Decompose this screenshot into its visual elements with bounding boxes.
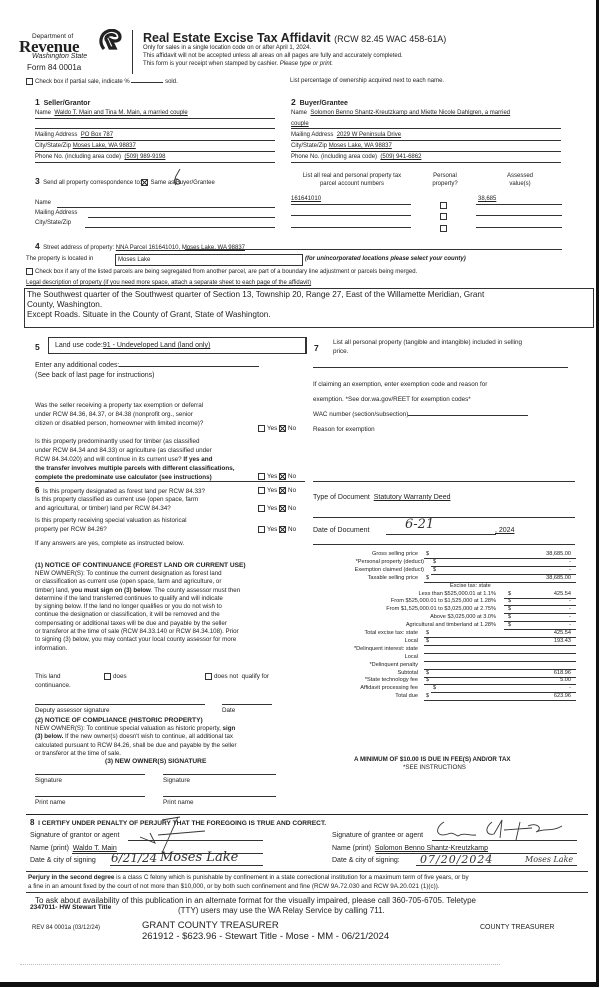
yes-label: Yes <box>267 425 277 432</box>
corr-name-label: Name <box>35 200 51 206</box>
assessed-col-line1: Assessed <box>507 173 533 179</box>
q-exemption-answer: Yes No <box>258 425 296 432</box>
dollar-sign: $ <box>508 598 511 604</box>
tax-row-underline <box>431 566 576 567</box>
grantor-date-handwritten: 6/21/24 <box>111 851 157 865</box>
buyer-name-label: Name <box>291 110 307 116</box>
tax-row-amount[interactable]: - <box>569 685 571 691</box>
seller-mailing-value[interactable]: PO Box 787 <box>81 132 113 138</box>
grantee-date-label: Date & city of signing: <box>332 857 400 864</box>
tax-row-amount[interactable]: 5.00 <box>560 677 571 683</box>
yes-label: Yes <box>267 487 277 494</box>
see-instructions: *SEE INSTRUCTIONS <box>403 764 466 771</box>
signature-label-1: Signature <box>35 777 62 784</box>
perjury-bold: Perjury in the second degree <box>28 874 114 881</box>
notice1-line: determine if the land transferred contin… <box>35 595 240 603</box>
dollar-sign: $ <box>426 551 429 557</box>
grantee-sig-label: Signature of grantee or agent <box>332 832 423 839</box>
section-4-number: 4 <box>35 241 40 251</box>
segregated-row: Check box if any of the listed parcels a… <box>26 268 417 275</box>
form-number: Form 84 0001a <box>27 63 81 72</box>
tax-row-amount[interactable]: 193.43 <box>554 638 571 644</box>
q-timber-text: Is this property predominantly used for … <box>35 437 234 482</box>
doc-date-year: , 2024 <box>495 527 514 534</box>
notice2-line: calculated pursuant to RCW 84.26, shall … <box>35 742 237 750</box>
q-current-use-yes-checkbox[interactable] <box>258 505 265 512</box>
corr-mailing-label: Mailing Address <box>35 210 77 216</box>
notice1-line: NEW OWNER(S): To continue the current de… <box>35 570 240 578</box>
owner-print-2-input[interactable] <box>163 796 276 797</box>
q-timber-answer: Yes No <box>258 473 296 480</box>
seller-name-underline <box>35 118 275 119</box>
grantee-city-handwritten: Moses Lake <box>525 855 573 864</box>
q-exemption-text: Was the seller receiving a property tax … <box>35 401 203 428</box>
q-historic-line2: property per RCW 84.26? <box>35 525 187 534</box>
if-yes-note: If any answers are yes, complete as inst… <box>35 540 184 547</box>
assessed-underline <box>476 227 562 228</box>
section-5-number: 5 <box>35 342 40 352</box>
partial-sale-label: Check box if partial sale, indicate % <box>35 79 130 85</box>
land-use-label: Land use code: <box>55 342 103 349</box>
exemption-line2: exemption. *See dor.wa.gov/REET for exem… <box>313 396 471 403</box>
perjury-divider <box>26 871 588 872</box>
notice1-line: by signing below. If the land no longer … <box>35 603 240 611</box>
segregated-checkbox[interactable] <box>26 268 33 275</box>
agency-state: Washington State <box>32 53 87 60</box>
buyer-city-label: City/State/Zip <box>291 143 327 149</box>
seller-city-label: City/State/Zip <box>35 143 71 149</box>
q-exemption-no-checkbox[interactable] <box>279 425 286 432</box>
does-not-checkbox[interactable] <box>205 673 212 680</box>
form-revision: REV 84 0001a (03/12/24) <box>32 925 100 931</box>
section-1-number: 1 <box>35 97 40 107</box>
q-timber-line2: under RCW 84.34 and 84.33) or agricultur… <box>35 446 234 455</box>
notice3-heading: (3) NEW OWNER(S) SIGNATURE <box>105 758 206 765</box>
buyer-phone-value[interactable]: (509) 941-6862 <box>380 154 421 160</box>
section-8-number: 8 <box>30 818 34 827</box>
buyer-phone-label: Phone No. (including area code) <box>291 154 377 160</box>
tax-row-label: Above $3,025,000 at 3.0% <box>430 614 496 620</box>
q-forest-answer: Yes No <box>258 487 296 494</box>
tax-row-label: From $1,525,000.01 to $3,025,000 at 2.75… <box>386 606 496 612</box>
land-use-value[interactable]: 91 - Undeveloped Land (land only) <box>103 342 210 349</box>
dollar-sign: $ <box>426 638 429 644</box>
no-label: No <box>288 505 296 512</box>
buyer-mailing-label: Mailing Address <box>291 132 333 138</box>
q-historic-text: Is this property receiving special valua… <box>35 516 187 534</box>
grantor-city-handwritten: Moses Lake <box>160 850 238 865</box>
header-note-1: Only for sales in a single location code… <box>143 45 311 51</box>
alt-format-divider <box>26 892 588 893</box>
legal-description-textarea[interactable]: The Southwest quarter of the Southwest q… <box>24 288 594 328</box>
partial-sale-row: Check box if partial sale, indicate % so… <box>26 78 178 85</box>
buyer-phone-underline <box>291 162 561 163</box>
q-timber-line3b: If yes and <box>183 456 212 463</box>
seller-city-row: City/State/Zip Moses Lake, WA 98837 <box>35 143 136 149</box>
tax-row-label: *Personal property (deduct) <box>356 559 424 565</box>
alt-format-line2: (TTY) users may use the WA Relay Service… <box>178 906 385 915</box>
additional-codes-input[interactable] <box>119 366 259 367</box>
same-as-buyer-checkbox[interactable] <box>141 179 148 186</box>
dollar-sign: $ <box>426 630 429 636</box>
seller-heading: 1 Seller/Grantor <box>35 97 90 107</box>
notice2-line: (3) below. If the new owner(s) doesn't w… <box>35 733 237 741</box>
notice2-body: NEW OWNER(S): To continue special valuat… <box>35 725 237 758</box>
partial-sale-checkbox[interactable] <box>26 78 33 85</box>
tax-row-amount[interactable]: - <box>569 606 571 612</box>
assessed-underline <box>476 204 562 205</box>
seller-phone-label: Phone No. (including area code) <box>35 154 121 160</box>
parcel-col1-line1: List all real and personal property tax <box>303 173 401 179</box>
dollar-sign: $ <box>426 677 429 683</box>
personal-col-line1: Personal <box>433 173 457 179</box>
located-hint: (for unincorporated locations please sel… <box>305 256 466 262</box>
dollar-sign: $ <box>508 591 511 597</box>
tax-row-underline <box>424 677 576 678</box>
tax-row-label: Gross selling price <box>372 551 418 557</box>
buyer-mailing-value[interactable]: 2029 W Peninsula Drive <box>337 132 401 138</box>
qualify-for-label: qualify for <box>242 673 269 680</box>
assessed-value[interactable]: 38,685 <box>478 196 496 202</box>
buyer-name-underline <box>291 128 561 129</box>
header-note-2: This affidavit will not be accepted unle… <box>143 53 403 59</box>
assessed-col-header: Assessedvalue(s) <box>480 172 560 188</box>
notice2-line: or transferor at the time of sale. <box>35 750 237 758</box>
q-forest-label: Is this property designated as forest la… <box>43 488 205 495</box>
doc-date-divider <box>313 544 575 545</box>
owner-signature-1-input[interactable] <box>35 774 145 775</box>
q-exemption-line1: Was the seller receiving a property tax … <box>35 401 203 410</box>
section-7-number: 7 <box>314 343 319 353</box>
notice1-body: NEW OWNER(S): To continue the current de… <box>35 570 240 653</box>
additional-codes-row: Enter any additional codes: <box>35 362 259 369</box>
grantor-date-input[interactable] <box>110 865 263 866</box>
notice1-heading: (1) NOTICE OF CONTINUANCE (FOREST LAND O… <box>35 562 246 569</box>
does-checkbox[interactable] <box>104 673 111 680</box>
deputy-date-label: Date <box>222 707 235 714</box>
affidavit-page: Department of Revenue Washington State F… <box>0 0 599 987</box>
wac-row: WAC number (section/subsection) <box>313 411 528 418</box>
located-label: The property is located in <box>26 256 93 262</box>
deputy-date-input[interactable] <box>222 704 272 705</box>
partial-sale-percent-input[interactable] <box>131 82 163 83</box>
dollar-sign: $ <box>426 575 429 581</box>
tax-row-amount[interactable]: - <box>569 567 571 573</box>
grantee-date-handwritten: 07/20/2024 <box>420 853 493 866</box>
notice1-line: compensating or additional taxes will be… <box>35 620 240 628</box>
owner-signature-2-input[interactable] <box>163 774 276 775</box>
tax-row-label: Subtotal <box>397 670 418 676</box>
dollar-sign: $ <box>433 685 436 691</box>
q-forest-yes-checkbox[interactable] <box>258 487 265 494</box>
dollar-sign: $ <box>433 559 436 565</box>
personal-property-input[interactable] <box>313 367 568 368</box>
q-current-use-text: Is this property classified as current u… <box>35 495 198 513</box>
section-5-divider <box>35 481 305 482</box>
yes-label: Yes <box>267 505 277 512</box>
correspondence-label: Send all property correspondence to: <box>43 180 141 186</box>
tax-row-amount[interactable]: 38,685.00 <box>546 551 571 557</box>
q-historic-answer: Yes No <box>258 526 296 533</box>
personal-property-text: List all personal property (tangible and… <box>333 338 522 356</box>
section-8-divider <box>26 814 588 815</box>
tax-row-label: From $525,000.01 to $1,525,000 at 1.28% <box>391 598 496 604</box>
q-timber-line3a: RCW 84.34.020) and will continue in its … <box>35 456 182 463</box>
dollar-sign: $ <box>508 622 511 628</box>
perjury-rest: is a class C felony which is punishable … <box>114 874 468 881</box>
additional-codes-hint: (See back of last page for instructions) <box>35 372 154 379</box>
doc-date-input[interactable] <box>386 534 496 535</box>
buyer-mailing-underline <box>291 140 561 141</box>
legal-label: Legal description of property (if you ne… <box>26 280 311 286</box>
tax-row-label: Affidavit processing fee <box>360 685 418 691</box>
q-forest-text: 6 Is this property designated as forest … <box>35 486 205 495</box>
note3-italic: Please type or print. <box>280 61 333 67</box>
parcel-underline <box>291 227 411 228</box>
section-6-number: 6 <box>35 486 39 495</box>
q-timber-line1: Is this property predominantly used for … <box>35 437 234 446</box>
notice1-line: continue the designation or classificati… <box>35 611 240 619</box>
parcel-underline <box>291 204 411 205</box>
dollar-sign: $ <box>433 567 436 573</box>
seller-mailing-row: Mailing Address PO Box 787 <box>35 132 113 138</box>
grantee-signature-scribble <box>432 818 572 844</box>
reason-label: Reason for exemption <box>313 426 375 433</box>
ownership-note: List percentage of ownership acquired ne… <box>290 78 444 84</box>
section-5-box-end <box>296 337 307 354</box>
seller-name-line2 <box>35 128 275 129</box>
does-not-label: does not <box>214 673 238 680</box>
tax-row-amount[interactable]: - <box>569 614 571 620</box>
tax-row-underline <box>424 558 576 559</box>
seller-phone-row: Phone No. (including area code) (509) 98… <box>35 154 165 160</box>
grantee-name-label: Name (print) <box>332 845 371 852</box>
q-current-use-no-checkbox[interactable] <box>279 505 286 512</box>
notice1-line: information. <box>35 645 240 653</box>
reason-input[interactable] <box>313 481 575 482</box>
no-label: No <box>288 487 296 494</box>
dollar-sign: $ <box>508 606 511 612</box>
minimum-note: A MINIMUM OF $10.00 IS DUE IN FEE(S) AND… <box>354 756 511 763</box>
seller-city-underline <box>35 151 275 152</box>
doc-type-label: Type of Document <box>313 494 370 501</box>
buyer-mailing-row: Mailing Address 2029 W Peninsula Drive <box>291 132 401 138</box>
q-timber-line4: the transfer involves multiple parcels w… <box>35 464 234 473</box>
grantor-date-label: Date & city of signing <box>30 857 96 864</box>
corr-city-input[interactable] <box>85 227 275 228</box>
grantee-name-value[interactable]: Solomon Benno Shantz-Kreutzkamp <box>375 845 488 852</box>
buyer-name-value[interactable]: Solomon Benno Shantz-Kreutzkamp and Miet… <box>310 110 510 116</box>
seller-city-value[interactable]: Moses Lake, WA 98837 <box>73 143 136 149</box>
q-current-use-line2: and agricultural, or timber) land per RC… <box>35 504 198 513</box>
corr-city-label: City/State/Zip <box>35 220 71 226</box>
q-historic-yes-checkbox[interactable] <box>258 526 265 533</box>
q-exemption-yes-checkbox[interactable] <box>258 425 265 432</box>
dor-logo-icon <box>98 29 122 51</box>
seller-phone-underline <box>35 162 275 163</box>
grantee-name-row: Name (print) Solomon Benno Shantz-Kreutz… <box>332 845 488 852</box>
tax-row-underline <box>504 605 576 606</box>
tax-row-label: Less than $525,000.01 at 1.1% <box>419 591 496 597</box>
treasurer-stamp-line1: GRANT COUNTY TREASURER <box>142 920 279 931</box>
this-land-label: This land <box>35 673 61 680</box>
q-timber-no-checkbox[interactable] <box>279 473 286 480</box>
street-label: Street address of property: <box>43 245 114 251</box>
personal-property-line1: List all personal property (tangible and… <box>333 338 522 347</box>
personal-property-checkbox[interactable] <box>440 220 449 238</box>
treasurer-stamp-line2: 261912 - $623.96 - Stewart Title - Mose … <box>142 931 389 942</box>
header-note-3: This form is your receipt when stamped b… <box>143 61 333 67</box>
tax-row-underline <box>424 684 576 685</box>
tax-row-label: Local <box>405 654 418 660</box>
perjury-line2: a fine in an amount fixed by the court o… <box>28 883 440 890</box>
tax-row-underline <box>504 613 576 614</box>
seller-name-label: Name <box>35 110 51 116</box>
yes-label: Yes <box>267 473 277 480</box>
county-treasurer-label: COUNTY TREASURER <box>480 924 554 931</box>
grantor-signature-scribble <box>120 815 210 855</box>
legal-line-3: Except Roads. Situate in the County of G… <box>27 310 591 320</box>
tax-row-underline <box>424 582 576 583</box>
section-3-number: 3 <box>35 176 40 186</box>
buyer-name-row: Name Solomon Benno Shantz-Kreutzkamp and… <box>291 110 510 116</box>
tax-row-label: Local <box>405 638 418 644</box>
page-title: Real Estate Excise Tax Affidavit (RCW 82… <box>143 31 446 45</box>
parcel-col1-line2: parcel account numbers <box>320 181 384 187</box>
correspondence-row: 3 Send all property correspondence to:Sa… <box>35 176 215 186</box>
deputy-sig-label: Deputy assessor signature <box>35 707 110 714</box>
buyer-phone-row: Phone No. (including area code) (509) 94… <box>291 154 421 160</box>
tax-row-amount[interactable]: 425.54 <box>554 630 571 636</box>
segregated-label: Check box if any of the listed parcels a… <box>35 269 417 275</box>
buyer-heading: 2 Buyer/Grantee <box>291 97 348 107</box>
tax-row-label: Taxable selling price <box>368 575 418 581</box>
notice2-heading: (2) NOTICE OF COMPLIANCE (HISTORIC PROPE… <box>35 717 203 724</box>
parcel-number[interactable]: 161641010 <box>291 196 321 202</box>
print-name-label-1: Print name <box>35 799 65 806</box>
tax-row-underline <box>504 598 576 599</box>
dollar-sign: $ <box>426 693 429 699</box>
seller-phone-value[interactable]: (509) 989-9198 <box>124 154 165 160</box>
q-exemption-line3: citizen or disabled person, homeowner wi… <box>35 419 203 428</box>
assessed-underline <box>476 215 562 216</box>
header-divider <box>132 30 133 74</box>
tax-row-underline <box>424 661 576 662</box>
print-name-label-2: Print name <box>163 799 193 806</box>
seller-mailing-underline <box>35 140 275 141</box>
buyer-name-line2[interactable]: couple <box>291 121 309 127</box>
no-label: No <box>288 473 296 480</box>
grantor-sig-label: Signature of grantor or agent <box>30 832 120 839</box>
tax-row-underline <box>424 700 576 701</box>
tax-row-amount[interactable]: - <box>569 559 571 565</box>
additional-codes-label: Enter any additional codes: <box>35 362 119 369</box>
stewart-title-stamp: 2347011- HW Stewart Title <box>30 904 111 911</box>
no-label: No <box>288 425 296 432</box>
legal-line-1: The Southwest quarter of the Southwest q… <box>27 290 591 300</box>
parcel-underline <box>291 215 411 216</box>
q-timber-yes-checkbox[interactable] <box>258 473 265 480</box>
continuance-label: continuance. <box>35 682 71 689</box>
doc-type-underline <box>313 517 575 518</box>
tax-row-amount[interactable]: 38,685.00 <box>546 575 571 581</box>
owner-print-1-input[interactable] <box>35 796 145 797</box>
tax-row-amount[interactable]: - <box>569 622 571 628</box>
seller-heading-text: Seller/Grantor <box>44 100 91 107</box>
tax-row-amount[interactable]: 425.54 <box>554 591 571 597</box>
tax-row-label: Total excise tax: state <box>365 630 418 636</box>
street-value[interactable]: NNA Parcel 161641010, Moses Lake, WA 988… <box>116 245 245 251</box>
q-exemption-line2: under RCW 84.36, 84.37, or 84.38 (nonpro… <box>35 410 203 419</box>
tax-row-amount[interactable]: - <box>569 598 571 604</box>
partial-sale-suffix: sold. <box>165 79 178 85</box>
land-use-code-box[interactable]: Land use code:91 - Undeveloped Land (lan… <box>48 337 306 354</box>
tax-row-amount[interactable]: 623.96 <box>554 693 571 699</box>
grantor-name-row: Name (print) Waldo T. Main <box>30 845 117 852</box>
notice1-line: to signing (3) below, you may contact yo… <box>35 636 240 644</box>
tax-row-label: *State technology fee <box>365 677 418 683</box>
notice2-line: NEW OWNER(S): To continue special valuat… <box>35 725 237 733</box>
doc-type-value[interactable]: Statutory Warranty Deed <box>374 494 451 501</box>
legal-line-2: County, Washington. <box>27 300 591 310</box>
tax-row-label: *Delinquent penalty <box>369 662 418 668</box>
buyer-city-value[interactable]: Moses Lake, WA 98837 <box>329 143 392 149</box>
q-historic-no-checkbox[interactable] <box>279 526 286 533</box>
dollar-sign: $ <box>508 614 511 620</box>
section-2-number: 2 <box>291 97 296 107</box>
tax-row-amount[interactable]: 618.96 <box>554 670 571 676</box>
perjury-line1: Perjury in the second degree is a class … <box>28 874 469 881</box>
seller-name-value[interactable]: Waldo T. Main and Tina M. Main, a marrie… <box>54 110 187 116</box>
q-current-use-line1: Is this property classified as current u… <box>35 495 198 504</box>
does-not-option: does not qualify for <box>205 673 269 680</box>
tax-row-underline <box>424 653 576 654</box>
doc-date-label: Date of Document <box>313 527 369 534</box>
checkmark-handwritten-icon <box>171 168 185 186</box>
tax-row-label: Total due <box>395 693 418 699</box>
title-ref: (RCW 82.45 WAC 458-61A) <box>334 34 446 44</box>
personal-property-line2: price. <box>333 347 522 356</box>
assessed-col-line2: value(s) <box>509 181 530 187</box>
does-label: does <box>113 673 127 680</box>
scan-artifact-line <box>20 964 500 965</box>
notice1-line: or transferor at the time of sale (RCW 8… <box>35 628 240 636</box>
deputy-signature-input[interactable] <box>35 704 205 705</box>
wac-input[interactable] <box>408 415 528 416</box>
personal-col-line2: property? <box>432 181 457 187</box>
wac-label: WAC number (section/subsection) <box>313 411 408 418</box>
doc-date-handwritten: 6-21 <box>405 517 434 532</box>
q-forest-no-checkbox[interactable] <box>279 487 286 494</box>
buyer-city-underline <box>291 151 561 152</box>
located-select[interactable]: Moses Lake <box>115 254 303 266</box>
tax-row-underline <box>504 621 576 622</box>
tax-row-label: *Delinquent interest: state <box>354 646 418 652</box>
no-label: No <box>288 526 296 533</box>
exemption-line1: If claiming an exemption, enter exemptio… <box>313 381 487 388</box>
buyer-city-row: City/State/Zip Moses Lake, WA 98837 <box>291 143 392 149</box>
dollar-sign: $ <box>426 670 429 676</box>
signature-label-2: Signature <box>163 777 190 784</box>
corr-name-input[interactable] <box>57 207 275 208</box>
note3-plain: This form is your receipt when stamped b… <box>143 61 278 67</box>
q-current-use-answer: Yes No <box>258 505 296 512</box>
tax-row-label: Exemption claimed (deduct) <box>355 567 424 573</box>
buyer-heading-text: Buyer/Grantee <box>300 100 348 107</box>
corr-mailing-input[interactable] <box>88 217 275 218</box>
excise-heading: Excise tax: state <box>450 583 491 589</box>
notice1-line: or classification as current use (open s… <box>35 578 240 586</box>
